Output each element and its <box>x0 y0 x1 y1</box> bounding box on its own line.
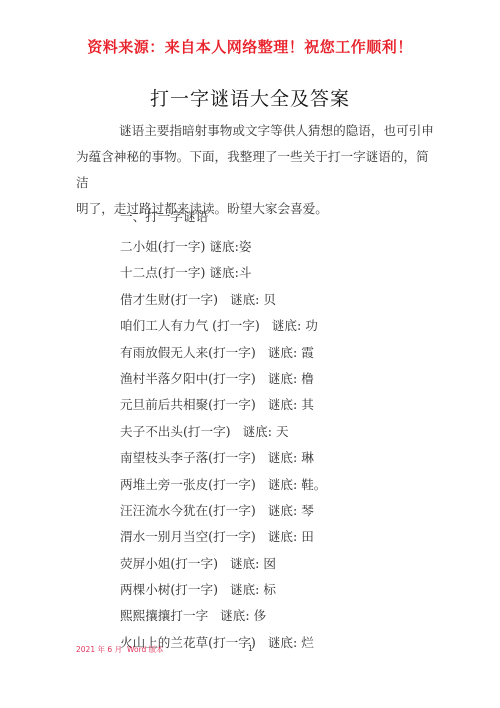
footer-version: Word 版本 <box>127 644 164 655</box>
riddle-item: 渭水一别月当空(打一字) 谜底: 田 <box>120 524 326 550</box>
riddle-item: 借才生财(打一字) 谜底: 贝 <box>120 287 326 313</box>
riddle-item: 渔村半落夕阳中(打一字) 谜底: 橹 <box>120 366 326 392</box>
page-footer: 2021 年 6 月 Word 版本 1 <box>76 644 436 658</box>
riddle-item: 汪汪流水今犹在(打一字) 谜底: 琴 <box>120 498 326 524</box>
riddle-item: 两棵小树(打一字) 谜底: 标 <box>120 577 326 603</box>
riddle-item: 有雨放假无人来(打一字) 谜底: 霞 <box>120 340 326 366</box>
riddle-item: 两堆土旁一张皮(打一字) 谜底: 鞋。 <box>120 472 326 498</box>
riddle-item: 夫子不出头(打一字) 谜底: 天 <box>120 419 326 445</box>
page-number: 1 <box>248 644 253 653</box>
riddle-item: 咱们工人有力气 (打一字) 谜底: 功 <box>120 313 326 339</box>
riddle-item: 荧屏小姐(打一字) 谜底: 囡 <box>120 551 326 577</box>
page-title: 打一字谜语大全及答案 <box>0 84 500 111</box>
footer-date: 2021 年 6 月 <box>76 644 122 655</box>
riddle-item: 南望枝头李子落(打一字) 谜底: 琳 <box>120 445 326 471</box>
intro-line-2: 为蕴含神秘的事物。下面，我整理了一些关于打一字谜语的，简洁 <box>76 144 434 196</box>
riddle-item: 二小姐(打一字) 谜底:姿 <box>120 234 326 260</box>
section-heading: 一、打一字谜语 <box>120 206 208 225</box>
riddle-item: 十二点(打一字) 谜底:斗 <box>120 260 326 286</box>
intro-line-1: 谜语主要指暗射事物或文字等供人猜想的隐语，也可引申 <box>76 118 434 144</box>
riddle-item: 熙熙攘攘打一字 谜底: 侈 <box>120 603 326 629</box>
riddle-item: 元旦前后共相聚(打一字) 谜底: 其 <box>120 392 326 418</box>
source-banner: 资料来源：来自本人网络整理！祝您工作顺利！ <box>0 36 500 57</box>
riddle-list: 二小姐(打一字) 谜底:姿 十二点(打一字) 谜底:斗 借才生财(打一字) 谜底… <box>120 234 326 656</box>
